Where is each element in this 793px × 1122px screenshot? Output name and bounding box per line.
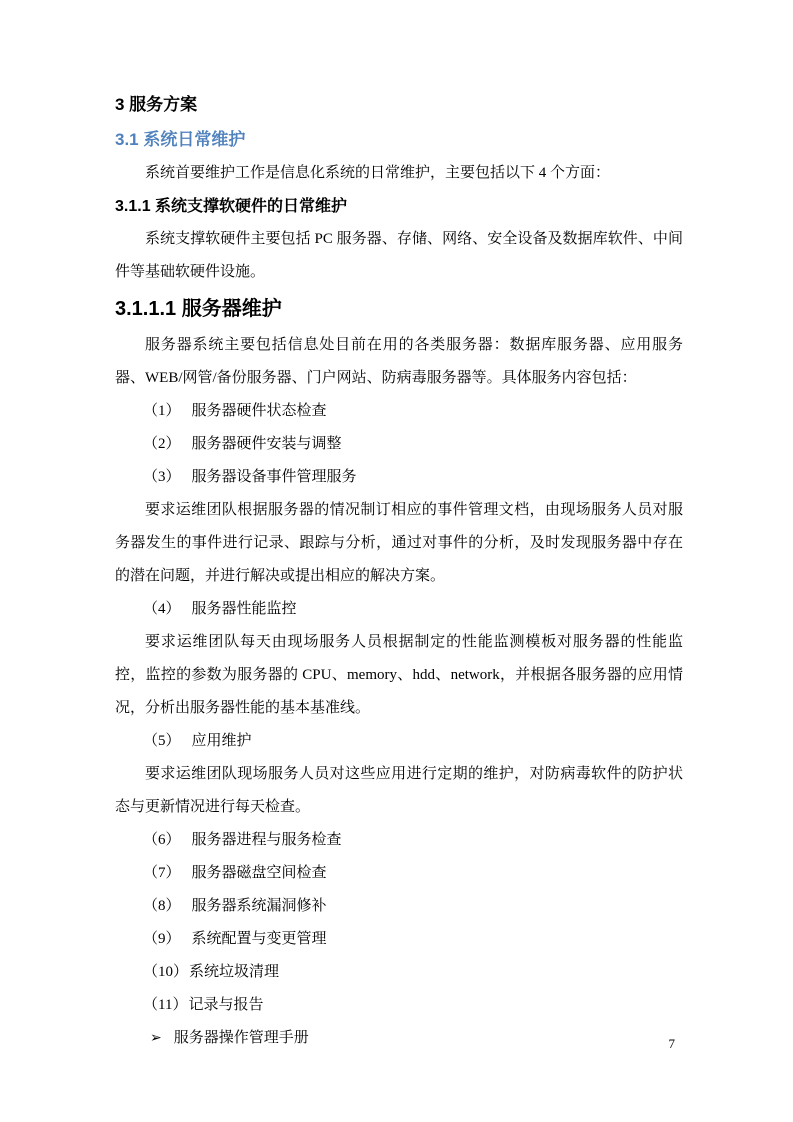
heading-service-plan: 3 服务方案 — [115, 88, 683, 122]
paragraph-item5-detail: 要求运维团队现场服务人员对这些应用进行定期的维护，对防病毒软件的防护状态与更新情… — [115, 758, 683, 824]
list-item-number: （2） — [143, 428, 181, 461]
list-item-6: （6）服务器进程与服务检查 — [115, 824, 683, 857]
heading-server-maintenance: 3.1.1.1 服务器维护 — [115, 289, 683, 329]
list-item-label: 服务器硬件安装与调整 — [192, 436, 342, 452]
paragraph-hardware-scope: 系统支撑软硬件主要包括 PC 服务器、存储、网络、安全设备及数据库软件、中间件等… — [115, 223, 683, 289]
paragraph-item4-detail: 要求运维团队每天由现场服务人员根据制定的性能监测模板对服务器的性能监控，监控的参… — [115, 626, 683, 725]
list-item-11: （11）记录与报告 — [115, 989, 683, 1022]
list-item-4: （4）服务器性能监控 — [115, 593, 683, 626]
list-item-number: （3） — [143, 461, 181, 494]
list-item-label: 服务器硬件状态检查 — [192, 403, 327, 419]
list-item-label: 系统配置与变更管理 — [192, 931, 327, 947]
list-item-2: （2）服务器硬件安装与调整 — [115, 428, 683, 461]
paragraph-item3-detail: 要求运维团队根据服务器的情况制订相应的事件管理文档，由现场服务人员对服务器发生的… — [115, 494, 683, 593]
list-item-label: 服务器设备事件管理服务 — [192, 469, 357, 485]
heading-software-hardware-maintenance: 3.1.1 系统支撑软硬件的日常维护 — [115, 190, 683, 223]
list-item-number: （5） — [143, 725, 181, 758]
list-item-8: （8）服务器系统漏洞修补 — [115, 890, 683, 923]
arrow-bullet-icon: ➢ — [150, 1022, 162, 1055]
list-item-label: 服务器进程与服务检查 — [192, 832, 342, 848]
list-item-label: 应用维护 — [192, 733, 252, 749]
bullet-item-server-manual: ➢服务器操作管理手册 — [115, 1022, 683, 1055]
document-page: 3 服务方案 3.1 系统日常维护 系统首要维护工作是信息化系统的日常维护，主要… — [0, 0, 793, 1122]
paragraph-intro: 系统首要维护工作是信息化系统的日常维护，主要包括以下 4 个方面： — [115, 157, 683, 190]
list-item-label: 服务器系统漏洞修补 — [192, 898, 327, 914]
list-item-label: 记录与报告 — [188, 997, 263, 1013]
list-item-1: （1）服务器硬件状态检查 — [115, 395, 683, 428]
heading-daily-maintenance: 3.1 系统日常维护 — [115, 122, 683, 157]
list-item-10: （10）系统垃圾清理 — [115, 956, 683, 989]
list-item-9: （9）系统配置与变更管理 — [115, 923, 683, 956]
list-item-number: （10） — [143, 956, 188, 989]
list-item-number: （11） — [143, 989, 187, 1022]
list-item-number: （9） — [143, 923, 181, 956]
page-number: 7 — [669, 1035, 676, 1053]
list-item-5: （5）应用维护 — [115, 725, 683, 758]
list-item-number: （6） — [143, 824, 181, 857]
paragraph-server-scope: 服务器系统主要包括信息处目前在用的各类服务器：数据库服务器、应用服务器、WEB/… — [115, 329, 683, 395]
list-item-number: （8） — [143, 890, 181, 923]
list-item-number: （4） — [143, 593, 181, 626]
list-item-number: （1） — [143, 395, 181, 428]
list-item-label: 服务器性能监控 — [192, 601, 297, 617]
list-item-label: 系统垃圾清理 — [189, 964, 279, 980]
list-item-7: （7）服务器磁盘空间检查 — [115, 857, 683, 890]
list-item-number: （7） — [143, 857, 181, 890]
list-item-label: 服务器磁盘空间检查 — [192, 865, 327, 881]
list-item-3: （3）服务器设备事件管理服务 — [115, 461, 683, 494]
bullet-item-label: 服务器操作管理手册 — [174, 1030, 309, 1046]
